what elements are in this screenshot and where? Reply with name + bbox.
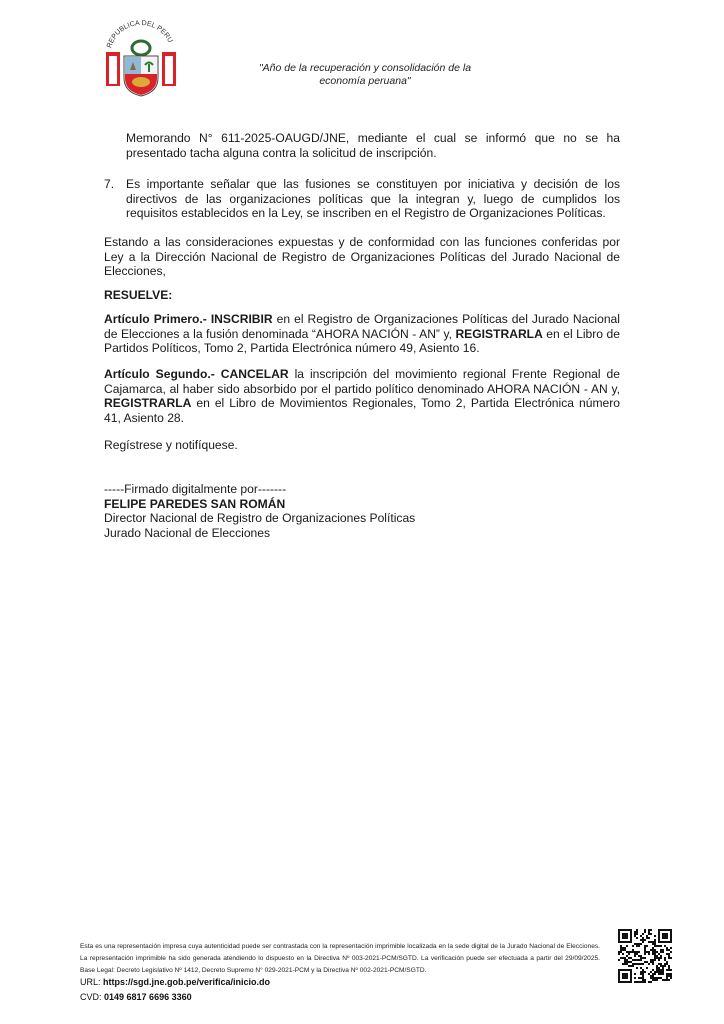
signer-institution: Jurado Nacional de Elecciones — [104, 526, 415, 541]
signer-name: FELIPE PAREDES SAN ROMÁN — [104, 497, 415, 512]
motto-line-2: economía peruana" — [250, 75, 480, 88]
article-label: Artículo Primero.- — [104, 312, 207, 326]
cvd-line: CVD: 0149 6817 6696 3360 — [80, 992, 192, 1002]
cvd-code: 0149 6817 6696 3360 — [104, 992, 192, 1002]
numbered-paragraph-7: 7. Es importante señalar que las fusione… — [104, 177, 620, 221]
continuation-paragraph: Memorando N° 611-2025-OAUGD/JNE, mediant… — [126, 131, 620, 160]
footer-disclaimer: Esta es una representación impresa cuya … — [80, 941, 600, 978]
verification-url-line: URL: https://sgd.jne.gob.pe/verifica/ini… — [80, 977, 270, 987]
signature-block: -----Firmado digitalmente por------- FEL… — [104, 482, 415, 540]
peru-coat-of-arms-icon: REPUBLICA DEL PERU — [100, 18, 182, 100]
article-first: Artículo Primero.- INSCRIBIR en el Regis… — [104, 312, 620, 356]
article-action: CANCELAR — [221, 367, 289, 381]
item-number: 7. — [104, 177, 114, 192]
article-action-2: REGISTRARLA — [455, 327, 542, 341]
qr-code-icon — [618, 929, 672, 983]
article-label: Artículo Segundo.- — [104, 367, 215, 381]
resolves-heading: RESUELVE: — [104, 288, 620, 303]
item-text: Es importante señalar que las fusiones s… — [126, 177, 620, 221]
svg-text:REPUBLICA DEL PERU: REPUBLICA DEL PERU — [106, 20, 173, 49]
verification-url-link[interactable]: https://sgd.jne.gob.pe/verifica/inicio.d… — [103, 977, 270, 987]
url-label: URL: — [80, 977, 103, 987]
cvd-label: CVD: — [80, 992, 104, 1002]
article-action-2: REGISTRARLA — [104, 396, 191, 410]
article-action: INSCRIBIR — [211, 312, 273, 326]
signer-title: Director Nacional de Registro de Organiz… — [104, 511, 415, 526]
year-motto: "Año de la recuperación y consolidación … — [250, 62, 480, 88]
motto-line-1: "Año de la recuperación y consolidación … — [250, 62, 480, 75]
article-second: Artículo Segundo.- CANCELAR la inscripci… — [104, 367, 620, 425]
closing-formula: Regístrese y notifíquese. — [104, 438, 620, 453]
considerations-paragraph: Estando a las consideraciones expuestas … — [104, 235, 620, 279]
digital-signature-note: -----Firmado digitalmente por------- — [104, 482, 415, 497]
